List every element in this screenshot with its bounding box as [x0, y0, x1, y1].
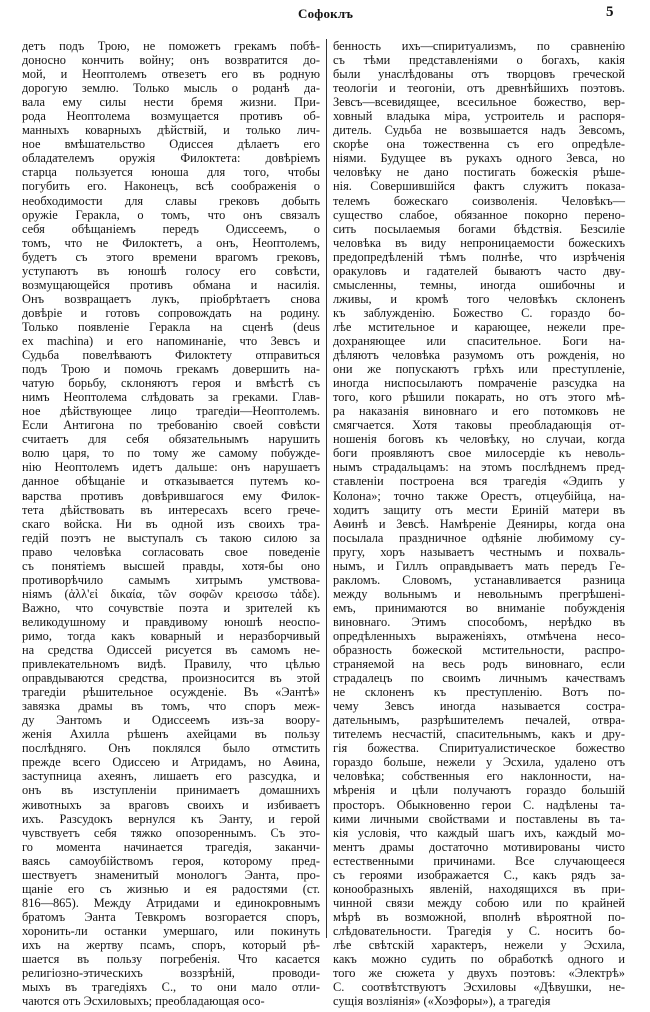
text-line: сущія возліянія» («Хоэфоры»), а трагедія — [333, 994, 625, 1008]
text-line: чаются отъ Эсхиловыхъ; преобладающая осо… — [22, 994, 320, 1008]
text-line: ихъ. Разсудокъ вернулся къ Эанту, и геро… — [22, 812, 320, 826]
text-line: вала ему силы нести бремя жизни. При- — [22, 95, 320, 109]
text-line: образность божеской мстительности, распр… — [333, 643, 625, 657]
text-line: бенность ихъ—спиритуализмъ, по сравненію — [333, 39, 625, 53]
text-line: шествуетъ знаменитый монологъ Эанта, про… — [22, 868, 320, 882]
text-line: нимъ Неоптолема слѣдовать за греками. Гл… — [22, 390, 320, 404]
text-line: великодушному и правдивому юношѣ неоспо- — [22, 615, 320, 629]
text-line: считаетъ для себя обязательнымъ нарушить — [22, 432, 320, 446]
text-line: необходимости для славы грековъ добыть — [22, 194, 320, 208]
text-line: тета дѣйствовать въ интересахъ всего гре… — [22, 503, 320, 517]
text-line: нія. Совершившійся фактъ служитъ показа- — [333, 179, 625, 193]
text-line: страдалецъ по своимъ личнымъ качествамъ — [333, 671, 625, 685]
text-line: мой, и Неоптолемъ отвезетъ его въ родную — [22, 67, 320, 81]
text-line: виновнаго. Этимъ способомъ, нерѣдко въ — [333, 615, 625, 629]
text-line: слѣдовательности. Трагедія у С. носитъ б… — [333, 924, 625, 938]
text-line: естественными причинами. Все случающееся — [333, 854, 625, 868]
text-line: гія божества. Спиритуалистическое божест… — [333, 741, 625, 755]
text-line: С. соотвѣтствуютъ Эсхиловы «Дѣвушки, не- — [333, 980, 625, 994]
text-line: Онъ возвращаетъ лукъ, пріобрѣтаетъ снова — [22, 292, 320, 306]
running-title: Софоклъ — [298, 6, 353, 22]
text-line: томъ, что не Филоктетъ, а онъ, Неоптолем… — [22, 236, 320, 250]
text-line: данное обѣщаніе и отказывается путемъ ко… — [22, 474, 320, 488]
text-line: того, кого рѣшили покарать, но отъ этого… — [333, 390, 625, 404]
text-line: послѣдняго. Онъ поклялся было отмстить — [22, 741, 320, 755]
text-line: ихъ на жертву псамъ, споръ, который рѣ- — [22, 938, 320, 952]
text-line: женія Ахилла рѣшенъ ахейцами въ пользу — [22, 727, 320, 741]
text-line: Только появленіе Геракла на сценѣ (deus — [22, 320, 320, 334]
text-line: посылала праздничное одѣяніе любимому су… — [333, 531, 625, 545]
text-line: боги проявляютъ свое милосердіе къ невол… — [333, 446, 625, 460]
text-line: нію Неоптолемъ идетъ дальше: онъ нарушае… — [22, 460, 320, 474]
text-line: дательнымъ, разрѣшителемъ печалей, отвра… — [333, 713, 625, 727]
text-line: ховный владыка міра, устроитель и распор… — [333, 109, 625, 123]
text-line: ніямъ (ἀλλ'εἰ δικαία, τῶν σοφῶν κρεισσω … — [22, 587, 320, 601]
text-line: право человѣка согласовать свое поведені… — [22, 545, 320, 559]
text-line: ное вмѣшательство Одиссея дѣлаетъ его — [22, 137, 320, 151]
text-line: емъ, принимаются во вниманіе побужденія — [333, 601, 625, 615]
text-line: подъ Трою и помочь грекамъ довершить на- — [22, 362, 320, 376]
text-line: человѣка въ виду непроницаемости божески… — [333, 236, 625, 250]
page-number: 5 — [606, 4, 614, 21]
text-line: гедій поэтъ не выступалъ съ такою силою … — [22, 531, 320, 545]
text-line: тителемъ несчастій, спасительнымъ, какъ … — [333, 727, 625, 741]
text-line: ходитъ защиту отъ мести Ериній матери въ — [333, 503, 625, 517]
text-line: ментъ драмы достаточно мотивированы чист… — [333, 840, 625, 854]
text-line: детъ подъ Трою, не поможетъ грекамъ побѣ… — [22, 39, 320, 53]
text-line: мѣренія и цѣли получаютъ гораздо большій — [333, 783, 625, 797]
text-line: страняемой на весь родъ виновнаго, если — [333, 657, 625, 671]
text-line: чему Зевсъ иногда называется состра- — [333, 699, 625, 713]
text-line: манныхъ коварныхъ дѣйствій, и только лич… — [22, 123, 320, 137]
text-line: были унаслѣдованы отъ творцовъ греческой — [333, 67, 625, 81]
text-line: къ заблужденію. Божество С. гораздо бо- — [333, 306, 625, 320]
text-line: дѣляютъ человѣка разумомъ отъ рожденія, … — [333, 348, 625, 362]
text-line: довѣріе и готовъ сопровождать на родину. — [22, 306, 320, 320]
text-line: пругу, хоръ называетъ честнымъ и похваль… — [333, 545, 625, 559]
text-line: они же попускаютъ грѣхъ или преступленіе… — [333, 362, 625, 376]
text-line: съ понятіемъ высшей правды, хотя-бы оно — [22, 559, 320, 573]
text-line: гораздо больше, нежели у Эсхила, удалено… — [333, 755, 625, 769]
text-line: лживы, и кромѣ того человѣкъ склоненъ — [333, 292, 625, 306]
text-line: того же сюжета у двухъ поэтовъ: «Электрѣ… — [333, 966, 625, 980]
text-line: Судьба повелѣваютъ Филоктету отправиться — [22, 348, 320, 362]
text-line: трагедіи рѣшительное осужденіе. Въ «Эант… — [22, 685, 320, 699]
text-line: конообразныхъ явленій, находящихся въ пр… — [333, 882, 625, 896]
text-line: предопредѣленій тѣмъ полнѣе, что изрѣчен… — [333, 250, 625, 264]
text-line: смысленны, темны, иногда ошибочны и — [333, 278, 625, 292]
text-line: опредѣленныхъ выраженіяхъ, отмѣчена несо… — [333, 629, 625, 643]
text-line: дорогую землю. Только мысль о роданѣ да- — [22, 81, 320, 95]
column-divider — [326, 39, 327, 938]
text-line: ду Эантомъ и Одиссеемъ изъ-за воору- — [22, 713, 320, 727]
page-header: Софоклъ 5 — [0, 0, 650, 40]
text-line: римо, тогда какъ коварный и неразборчивы… — [22, 629, 320, 643]
text-line: религіозно-этическихъ воззрѣній, проводи… — [22, 966, 320, 980]
text-line: кія условія, что каждый шагъ ихъ, каждый… — [333, 826, 625, 840]
text-line: возмущающейся противъ обмана и насилія. — [22, 278, 320, 292]
text-line: существо слабое, обязанное покорно перен… — [333, 208, 625, 222]
text-line: лѣе свѣтскій характеръ, нежели у Эсхила, — [333, 938, 625, 952]
text-line: на средства Одиссей рисуется въ самомъ н… — [22, 643, 320, 657]
text-line: ношенія боговъ къ человѣку, но случаи, к… — [333, 432, 625, 446]
text-line: телемъ божескаго соизволенія. Человѣкъ— — [333, 194, 625, 208]
text-line: онъ въ изступленіи принимаетъ домашнихъ — [22, 783, 320, 797]
text-line: человѣка; собственныя его наклонности, н… — [333, 769, 625, 783]
text-line: теологіи и теогоніи, отъ древнѣйшихъ поэ… — [333, 81, 625, 95]
text-line: заступница ахеянъ, лишаетъ его разсудка,… — [22, 769, 320, 783]
text-line: Аѳинѣ и Зевсѣ. Намѣреніе Деяниры, когда … — [333, 517, 625, 531]
text-line: братомъ Эанта Тевкромъ возгорается споръ… — [22, 910, 320, 924]
text-line: обладателемъ оружія Филоктета: довѣріемъ — [22, 151, 320, 165]
text-line: чинной связи между собою или по крайней — [333, 896, 625, 910]
text-line: дитель. Судьба не возвышается надъ Зевсо… — [333, 123, 625, 137]
text-line: противорѣчило самымъ хитрымъ умствова- — [22, 573, 320, 587]
text-line: волю царя, то по тому же самому побужде- — [22, 446, 320, 460]
text-line: дохраняющее или спасительное. Боги на- — [333, 334, 625, 348]
right-column: бенность ихъ—спиритуализмъ, по сравненію… — [333, 39, 625, 1008]
text-line: варства противъ довѣрившагося ему Филок- — [22, 489, 320, 503]
text-line: себя обѣщаніемъ передъ Одиссеемъ, о — [22, 222, 320, 236]
text-line: уступаютъ въ юношѣ голосу его совѣсти, — [22, 264, 320, 278]
text-line: просторъ. Обыкновенно герои С. надѣлены … — [333, 798, 625, 812]
text-line: Важно, что сочувствіе поэта и зрителей к… — [22, 601, 320, 615]
text-line: Если Антигона по требованію своей совѣст… — [22, 418, 320, 432]
text-line: чувствуетъ себя тяжко опозореннымъ. Съ э… — [22, 826, 320, 840]
text-line: оправдываются средства, произносится въ … — [22, 671, 320, 685]
text-line: скорѣе она тожественна съ его опредѣле- — [333, 137, 625, 151]
text-line: мѣрѣ въ возможной, вполнѣ вѣроятной по- — [333, 910, 625, 924]
text-line: животныхъ за враговъ своихъ и избиваетъ — [22, 798, 320, 812]
text-line: рода Неоптолема возмущается противъ об- — [22, 109, 320, 123]
text-line: шается въ пользу погребенія. Что касаетс… — [22, 952, 320, 966]
text-line: оракуловъ и гадателей бываютъ часто дву- — [333, 264, 625, 278]
text-line: завязка драмы въ томъ, что споръ меж- — [22, 699, 320, 713]
text-line: нымъ страдальцамъ: на этомъ послѣднемъ п… — [333, 460, 625, 474]
text-line: ex machina) и его напоминаніе, что Зевсъ… — [22, 334, 320, 348]
text-line: ное дѣйствующее лицо трагедіи—Неоптолемъ… — [22, 404, 320, 418]
text-line: скаго войска. Ни въ одной изъ своихъ тра… — [22, 517, 320, 531]
text-line: кими личными свойствами и поставлены въ … — [333, 812, 625, 826]
text-line: смягчается. Хотя таковы преобладающія от… — [333, 418, 625, 432]
text-line: ра наказанія виновнаго и его потомковъ н… — [333, 404, 625, 418]
text-line: мыхъ въ трагедіяхъ С., то они мало отли- — [22, 980, 320, 994]
text-line: Колона»; точно также Орестъ, отцеубійца,… — [333, 489, 625, 503]
text-line: нымъ, и Гиллъ оправдываетъ мать передъ Г… — [333, 559, 625, 573]
text-line: лѣе мстительное и карающее, нежели пре- — [333, 320, 625, 334]
text-line: будетъ съ этого времени врагомъ грековъ, — [22, 250, 320, 264]
text-line: старца пользуется юноша для того, чтобы — [22, 165, 320, 179]
text-line: иногда ниспосылаютъ помраченіе разсудка … — [333, 376, 625, 390]
text-line: Зевсъ—всевидящее, всесильное божество, в… — [333, 95, 625, 109]
text-line: сить посылаемыя богами бѣдствія. Безсилі… — [333, 222, 625, 236]
text-line: не склоненъ къ преступленію. Вотъ по- — [333, 685, 625, 699]
text-line: между вольнымъ и невольнымъ прегрѣшені- — [333, 587, 625, 601]
text-line: доносно кончить войну; онъ возвратится д… — [22, 53, 320, 67]
text-line: ставленіи построена вся трагедія «Эдипъ … — [333, 474, 625, 488]
text-line: оружіе Геракла, о томъ, что онъ связалъ — [22, 208, 320, 222]
text-line: хоронить-ли останки умершаго, или покину… — [22, 924, 320, 938]
text-line: привлекательномъ видѣ. Правилу, что цѣль… — [22, 657, 320, 671]
text-line: чатую борьбу, склоняютъ героя и вмѣстѣ с… — [22, 376, 320, 390]
text-line: щаніе его съ жизнью и ея радостями (ст. — [22, 882, 320, 896]
text-line: прежде всего Одиссею и Атридамъ, но Аѳин… — [22, 755, 320, 769]
text-line: ніями. Будущее въ рукахъ одного Зевса, н… — [333, 151, 625, 165]
text-line: человѣку не дано постигать божескія рѣше… — [333, 165, 625, 179]
text-line: ваясь самоубійствомъ героя, которому пре… — [22, 854, 320, 868]
text-line: 816—865). Между Атридами и единокровнымъ — [22, 896, 320, 910]
text-line: съ тѣми представленіями о богахъ, какія — [333, 53, 625, 67]
text-line: го момента начинается трагедія, заканчи- — [22, 840, 320, 854]
left-column: детъ подъ Трою, не поможетъ грекамъ побѣ… — [22, 39, 320, 1008]
text-line: ракломъ. Словомъ, устанавливается разниц… — [333, 573, 625, 587]
text-line: какъ можно судить по обработкѣ одного и — [333, 952, 625, 966]
text-line: съ героями изображается С., какъ рядъ за… — [333, 868, 625, 882]
text-line: погубить его. Наконецъ, всѣ соображенія … — [22, 179, 320, 193]
